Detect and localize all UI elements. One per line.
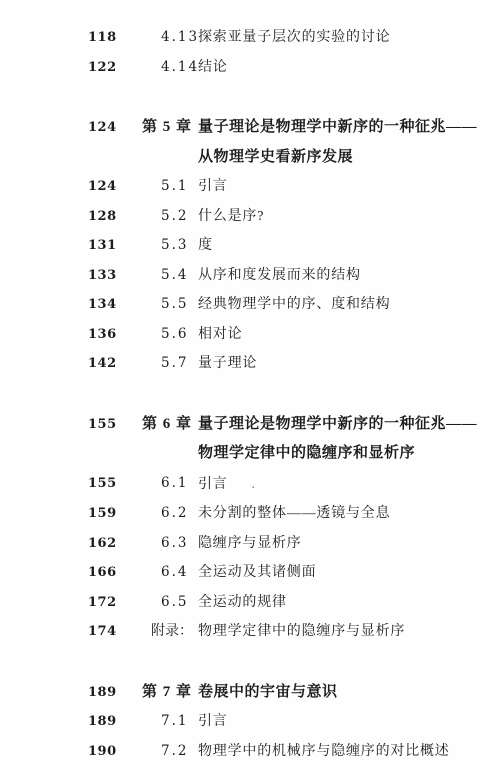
- toc-entry-title-line1: 卷展中的宇宙与意识: [198, 684, 338, 700]
- toc-row: 122 4.14 结论: [0, 53, 499, 83]
- toc-entry-title: 物理学中的机械序与隐缠序的对比概述: [198, 737, 499, 765]
- toc-entry-title: 物理学定律中的隐缠序与显析序: [198, 617, 499, 647]
- toc-entry-title-line1: 隐缠序与显析序: [198, 536, 302, 551]
- toc-row: 159 6.2 未分割的整体——透镜与全息: [0, 499, 499, 529]
- toc-section-label: 6.4: [140, 558, 198, 588]
- toc-entry-title: 度: [198, 231, 499, 261]
- toc-entry-title-line2: 从物理学史看新序发展: [198, 143, 499, 173]
- toc-section-label: 5.5: [140, 290, 198, 320]
- toc-row: 172 6.5 全运动的规律: [0, 588, 499, 618]
- toc-page-number: 189: [88, 707, 140, 737]
- toc-section-label: 6.2: [140, 499, 198, 529]
- toc-page-number: 142: [88, 349, 140, 379]
- toc-entry-title-line1: 全运动及其诸侧面: [198, 565, 316, 580]
- toc-section-label: 7.1: [140, 707, 198, 737]
- toc-section-label: 7.2: [140, 737, 198, 765]
- toc-page-number: 124: [88, 113, 140, 143]
- toc-entry-title-line1: 引言: [198, 714, 228, 729]
- toc-page-number: 189: [88, 678, 140, 708]
- toc-entry-title: 卷展中的宇宙与意识: [198, 678, 499, 708]
- toc-row: 124 5.1 引言: [0, 172, 499, 202]
- toc-row: 136 5.6 相对论: [0, 320, 499, 350]
- toc-section-label: 第 5 章: [140, 113, 198, 143]
- toc-entry-title: 量子理论是物理学中新序的一种征兆——物理学定律中的隐缠序和显析序: [198, 410, 499, 469]
- toc-page-number: 172: [88, 588, 140, 618]
- toc-entry-title: 量子理论是物理学中新序的一种征兆——从物理学史看新序发展: [198, 113, 499, 172]
- toc-page-number: 118: [88, 23, 140, 53]
- toc-entry-title: 从序和度发展而来的结构: [198, 261, 499, 291]
- toc-entry-title: 引言: [198, 707, 499, 737]
- toc-row: 166 6.4 全运动及其诸侧面: [0, 558, 499, 588]
- toc-row: 189 第 7 章 卷展中的宇宙与意识: [0, 678, 499, 708]
- toc-section-label: 6.1: [140, 469, 198, 499]
- toc-page-number: 133: [88, 261, 140, 291]
- toc-row: 162 6.3 隐缠序与显析序: [0, 529, 499, 559]
- toc-section-label: 附录：: [140, 617, 198, 647]
- toc-row: 134 5.5 经典物理学中的序、度和结构: [0, 290, 499, 320]
- toc-section-label: 5.4: [140, 261, 198, 291]
- toc-entry-title-line2: 物理学定律中的隐缠序和显析序: [198, 439, 499, 469]
- toc-entry-title: 量子理论: [198, 349, 499, 379]
- toc-entry-title: 什么是序?: [198, 202, 499, 232]
- toc-row: 124 第 5 章 量子理论是物理学中新序的一种征兆——从物理学史看新序发展: [0, 113, 499, 172]
- toc-entry-title-line1: 引言: [198, 477, 228, 492]
- toc-row: 155 6.1 引言.: [0, 469, 499, 500]
- toc-entry-title: 隐缠序与显析序: [198, 529, 499, 559]
- toc-section-label: 第 6 章: [140, 410, 198, 440]
- toc-page-number: 190: [88, 737, 140, 765]
- toc-row: 118 4.13 探索亚量子层次的实验的讨论: [0, 23, 499, 53]
- toc-page-number: 159: [88, 499, 140, 529]
- toc-entry-title: 全运动及其诸侧面: [198, 558, 499, 588]
- toc-page-number: 155: [88, 469, 140, 499]
- toc-page-number: 174: [88, 617, 140, 647]
- toc-entry-title: 引言.: [198, 469, 499, 500]
- toc-row: 174 附录： 物理学定律中的隐缠序与显析序: [0, 617, 499, 647]
- toc-entry-title-line1: 经典物理学中的序、度和结构: [198, 297, 390, 312]
- toc-entry-title-line1: 什么是序?: [198, 209, 264, 224]
- toc-row: 190 7.2 物理学中的机械序与隐缠序的对比概述: [0, 737, 499, 765]
- toc-row: 189 7.1 引言: [0, 707, 499, 737]
- toc-entry-title: 结论: [198, 53, 499, 83]
- toc-row: 128 5.2 什么是序?: [0, 202, 499, 232]
- toc-list: 118 4.13 探索亚量子层次的实验的讨论 122 4.14 结论 124 第…: [0, 23, 499, 765]
- toc-entry-title: 引言: [198, 172, 499, 202]
- toc-entry-title: 全运动的规律: [198, 588, 499, 618]
- toc-entry-title-line1: 从序和度发展而来的结构: [198, 268, 361, 283]
- toc-section-label: 6.3: [140, 529, 198, 559]
- toc-entry-title-line1: 相对论: [198, 327, 242, 342]
- toc-entry-title-line1: 物理学定律中的隐缠序与显析序: [198, 624, 405, 639]
- toc-entry-title-line1: 量子理论是物理学中新序的一种征兆——: [198, 119, 477, 135]
- toc-row: 142 5.7 量子理论: [0, 349, 499, 379]
- toc-entry-title-line1: 未分割的整体——透镜与全息: [198, 506, 390, 521]
- stray-dot-mark: .: [252, 469, 256, 499]
- toc-entry-title: 未分割的整体——透镜与全息: [198, 499, 499, 529]
- toc-entry-title-line1: 物理学中的机械序与隐缠序的对比概述: [198, 744, 450, 759]
- toc-section-label: 5.7: [140, 349, 198, 379]
- toc-entry-title-line1: 引言: [198, 179, 228, 194]
- toc-entry-title-line1: 度: [198, 238, 213, 253]
- toc-section-label: 4.14: [140, 53, 198, 83]
- toc-entry-title-line1: 探索亚量子层次的实验的讨论: [198, 30, 390, 45]
- book-toc-page: 118 4.13 探索亚量子层次的实验的讨论 122 4.14 结论 124 第…: [0, 0, 499, 765]
- toc-page-number: 155: [88, 410, 140, 440]
- toc-entry-title: 相对论: [198, 320, 499, 350]
- toc-page-number: 131: [88, 231, 140, 261]
- toc-section-label: 5.1: [140, 172, 198, 202]
- toc-entry-title-line1: 量子理论是物理学中新序的一种征兆——: [198, 416, 477, 432]
- toc-page-number: 122: [88, 53, 140, 83]
- toc-page-number: 128: [88, 202, 140, 232]
- toc-row: 155 第 6 章 量子理论是物理学中新序的一种征兆——物理学定律中的隐缠序和显…: [0, 410, 499, 469]
- toc-row: 133 5.4 从序和度发展而来的结构: [0, 261, 499, 291]
- toc-section-label: 5.3: [140, 231, 198, 261]
- toc-section-label: 5.6: [140, 320, 198, 350]
- toc-section-label: 6.5: [140, 588, 198, 618]
- toc-entry-title-line1: 结论: [198, 60, 228, 75]
- toc-section-label: 第 7 章: [140, 678, 198, 708]
- toc-page-number: 166: [88, 558, 140, 588]
- toc-entry-title-line1: 量子理论: [198, 356, 257, 371]
- toc-page-number: 136: [88, 320, 140, 350]
- toc-row: 131 5.3 度: [0, 231, 499, 261]
- toc-entry-title-line1: 全运动的规律: [198, 595, 287, 610]
- toc-section-label: 4.13: [140, 23, 198, 53]
- toc-page-number: 124: [88, 172, 140, 202]
- toc-entry-title: 探索亚量子层次的实验的讨论: [198, 23, 499, 53]
- toc-page-number: 134: [88, 290, 140, 320]
- toc-page-number: 162: [88, 529, 140, 559]
- toc-entry-title: 经典物理学中的序、度和结构: [198, 290, 499, 320]
- toc-section-label: 5.2: [140, 202, 198, 232]
